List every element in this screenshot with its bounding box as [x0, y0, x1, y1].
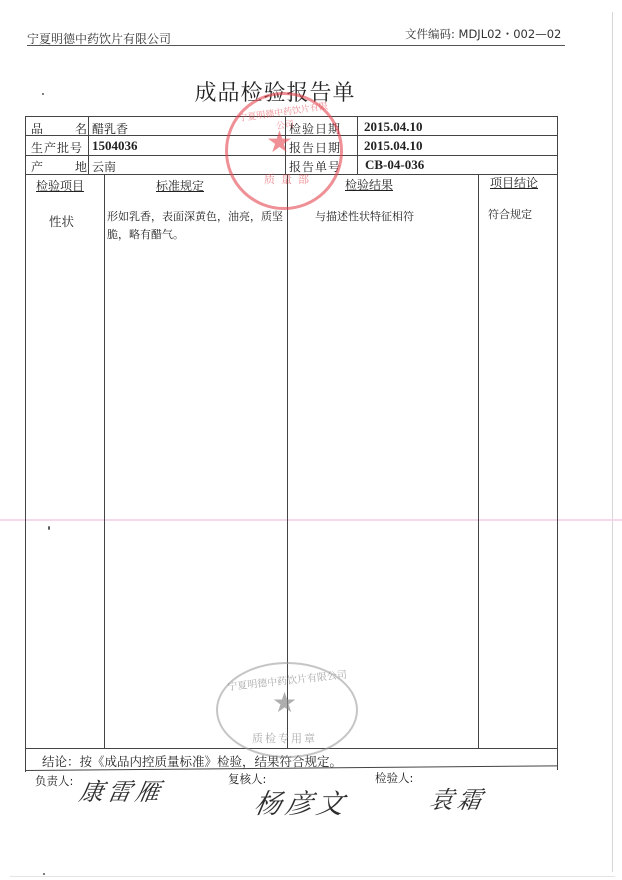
report-number: CB-04-036 — [365, 157, 424, 173]
scan-dot — [48, 526, 50, 530]
document-code-label: 文件编码: — [405, 27, 455, 41]
header-rule — [27, 45, 565, 46]
scan-dot — [43, 873, 45, 875]
page-bottom-edge — [10, 876, 615, 877]
document-code: 文件编码: MDJL02・002—02 — [405, 26, 561, 42]
scan-line-artifact — [0, 519, 622, 521]
stamp-text-bottom: 质检专用章 — [252, 730, 317, 746]
label-char: 地 — [75, 158, 87, 175]
col-header-conclusion: 项目结论 — [490, 174, 538, 191]
table-rule — [88, 116, 89, 174]
row-item: 性状 — [49, 212, 74, 230]
table-rule — [478, 174, 479, 748]
stamp-text-bottom: 质量部 — [264, 171, 315, 187]
inspector-label: 检验人: — [375, 770, 413, 786]
row-standard: 形如乳香，表面深黄色，油亮，质坚脆，略有醋气。 — [107, 208, 285, 244]
document-code-value: MDJL02・002—02 — [459, 27, 562, 41]
batch-number: 1504036 — [92, 138, 138, 154]
page-right-edge — [612, 12, 613, 872]
row-result: 与描述性状特征相符 — [315, 208, 414, 226]
row-conclusion: 符合规定 — [488, 206, 532, 224]
table-rule — [357, 116, 358, 174]
star-icon: ★ — [272, 686, 297, 719]
table-border-left — [25, 116, 26, 772]
table-rule — [104, 174, 105, 748]
report-date: 2015.04.10 — [364, 138, 423, 154]
qc-seal-stamp: ★ 宁夏明德中药饮片有限公司 质检专用章 — [216, 662, 358, 758]
col-header-result: 检验结果 — [345, 176, 393, 193]
label-char: 名 — [75, 120, 87, 137]
table-border-right — [557, 116, 558, 770]
col-header-standard: 标准规定 — [156, 177, 204, 194]
origin-label: 产 地 — [31, 158, 87, 175]
product-name-label: 品 名 — [31, 120, 87, 137]
col-header-item: 检验项目 — [36, 177, 84, 194]
reviewer-signature: 杨彦文 — [252, 782, 352, 821]
inspector-signature: 袁霜 — [427, 780, 489, 815]
origin: 云南 — [92, 158, 116, 175]
responsible-signature: 康雷雁 — [77, 772, 167, 807]
inspect-date: 2015.04.10 — [364, 119, 423, 135]
label-char: 产 — [31, 158, 43, 175]
product-name: 醋乳香 — [92, 120, 128, 137]
label-char: 品 — [31, 120, 43, 137]
responsible-label: 负责人: — [35, 773, 73, 789]
batch-label: 生产批号 — [31, 139, 83, 156]
quality-dept-stamp: ★ 宁夏明德中药饮片有限公司 质量部 — [225, 92, 343, 210]
